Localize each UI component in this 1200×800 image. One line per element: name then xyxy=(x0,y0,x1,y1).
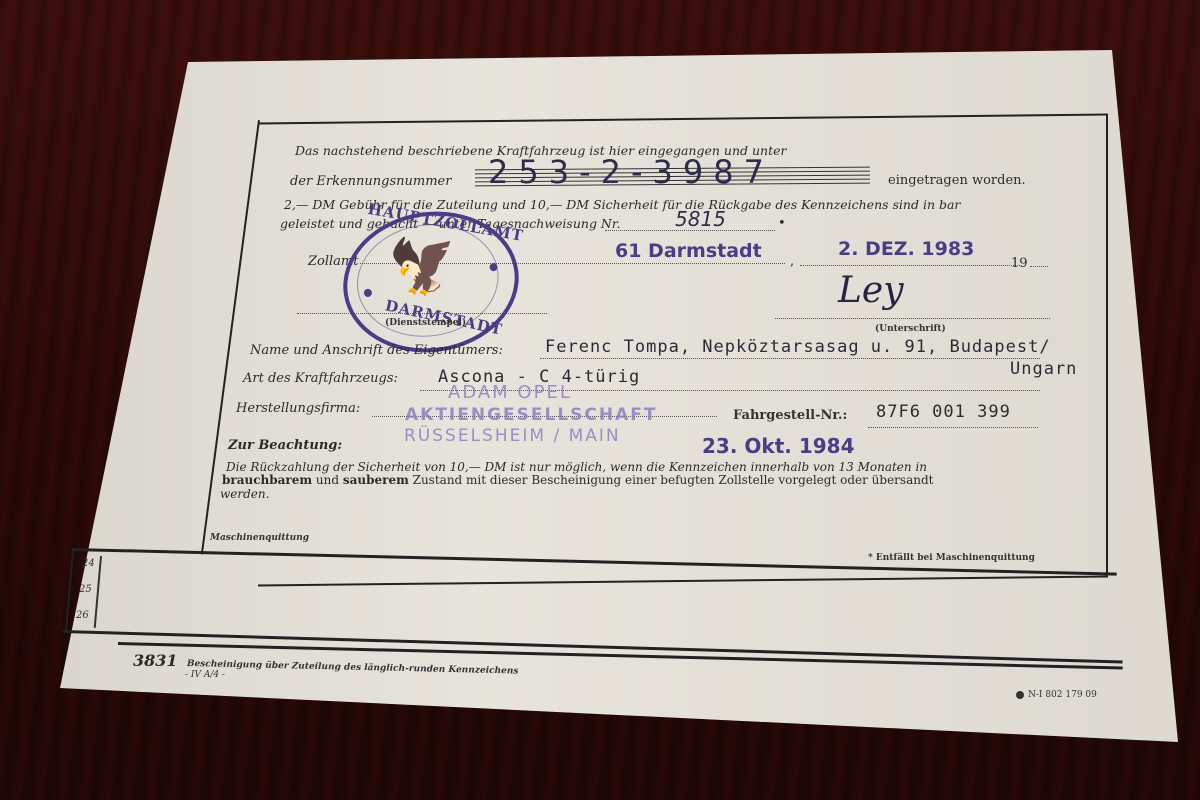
dienststempel-label: (Dienststempel) xyxy=(385,318,466,328)
eagle-emblem-icon: 🦅 xyxy=(386,234,463,299)
expiry-date-stamp: 23. Okt. 1984 xyxy=(702,434,854,458)
notice-bold-sauberem: sauberem xyxy=(343,473,409,487)
footnote: * Entfällt bei Maschinenquittung xyxy=(868,553,1035,563)
notice-line-1: Die Rückzahlung der Sicherheit von 10,— … xyxy=(226,460,927,474)
line-number-26: 26 xyxy=(76,610,89,621)
signature-field xyxy=(775,318,1050,319)
unterschrift-label: (Unterschrift) xyxy=(875,324,946,334)
date-stamp: 2. DEZ. 1983 xyxy=(838,238,974,260)
year-field xyxy=(1030,266,1048,267)
erkennungsnummer-label: der Erkennungsnummer xyxy=(290,174,451,189)
line-number-25: 25 xyxy=(79,584,92,595)
chassis-field xyxy=(868,427,1038,428)
owner-label: Name und Anschrift des Eigentümers: xyxy=(250,343,503,358)
registration-number-value: 253-2-3987 xyxy=(488,153,774,191)
manufacturer-stamp-line3: RÜSSELSHEIM / MAIN xyxy=(404,426,621,446)
owner-value: Ferenc Tompa, Nepköztarsasag u. 91, Buda… xyxy=(545,337,1051,357)
vehicle-type-label: Art des Kraftfahrzeugs: xyxy=(243,371,398,386)
tagesnachweisung-value: 5815 xyxy=(675,207,726,231)
print-code: N-I 802 179 09 xyxy=(1016,690,1097,700)
dienststempel-field xyxy=(297,313,547,314)
lower-box-left-line xyxy=(65,550,74,632)
zollamt-stamp: 61 Darmstadt xyxy=(615,240,762,262)
notice-rest: Zustand mit dieser Bescheinigung einer b… xyxy=(409,473,934,487)
notice-line-2: brauchbarem und sauberem Zustand mit die… xyxy=(222,473,933,487)
chassis-label: Fahrgestell-Nr.: xyxy=(733,408,847,423)
print-code-text: N-I 802 179 09 xyxy=(1028,690,1097,700)
notice-heading: Zur Beachtung: xyxy=(228,438,342,453)
date-field xyxy=(800,265,1020,266)
owner-value-line2: Ungarn xyxy=(1010,359,1077,379)
notice-line-3: werden. xyxy=(220,487,269,501)
line-number-24: 24 xyxy=(82,558,95,569)
comma: , xyxy=(790,254,794,269)
copyright-circle-icon xyxy=(1016,691,1024,699)
manufacturer-stamp-line1: ADAM OPEL xyxy=(448,382,572,403)
year-prefix: 19 xyxy=(1011,256,1028,271)
owner-field xyxy=(540,358,1040,359)
manufacturer-label: Herstellungsfirma: xyxy=(236,401,360,416)
maschinenquittung-label: Maschinenquittung xyxy=(210,533,309,543)
form-number: 3831 xyxy=(133,651,178,670)
form-subtitle: - IV A/4 - xyxy=(185,670,225,680)
eingetragen-text: eingetragen worden. xyxy=(888,173,1026,188)
manufacturer-stamp-line2: AKTIENGESELLSCHAFT xyxy=(405,405,658,425)
fee-line-bullet: • xyxy=(778,216,786,231)
notice-bold-brauchbarem: brauchbarem xyxy=(222,473,312,487)
notice-mid: und xyxy=(312,473,343,487)
signature: Ley xyxy=(838,270,904,311)
chassis-value: 87F6 001 399 xyxy=(876,402,1011,422)
